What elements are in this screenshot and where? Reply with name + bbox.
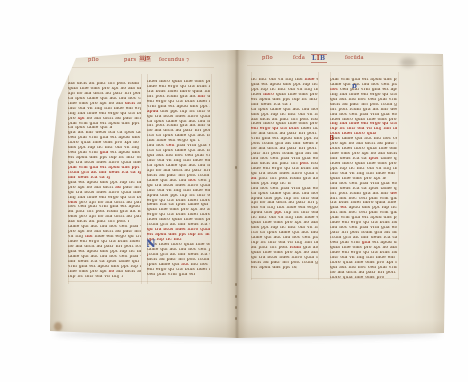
- ruling-line: [251, 278, 399, 279]
- rubricated-word: glīa: [362, 241, 371, 245]
- right-header-ornament: LIB: [311, 54, 327, 63]
- rubricated-word: om̄s: [68, 201, 77, 205]
- rubricated-word: poſt: [300, 162, 309, 166]
- text-line: celi pſal vrm̄ glīa eſt apud dn̄s ppt̄ ſ…: [147, 273, 195, 278]
- rubricated-word: hoc: [188, 179, 196, 183]
- decorated-initial: D: [352, 85, 357, 91]
- left-page: pſīo pars iij9 ſecundus ⁊ aīa dicit ad p…: [48, 48, 237, 340]
- ruling-line: [251, 72, 252, 280]
- rubricated-word: apud: [147, 110, 158, 114]
- decorated-initial: B: [330, 136, 334, 142]
- stain-top-right: [400, 58, 416, 67]
- rubricated-word: aut: [181, 263, 188, 267]
- rubricated-word: mlr̄: [198, 95, 206, 99]
- rubricated-word: xp̄i: [78, 117, 85, 121]
- rubricated-word: ergo: [260, 127, 270, 131]
- ruling-line: [398, 72, 399, 280]
- rubricated-word: ad: [115, 186, 121, 190]
- rubricated-word: trā: [280, 127, 287, 131]
- text-column-left-1: aīa dicit ad patr̄ nrī poſt ſcd̄m grā ai…: [68, 82, 141, 280]
- rubricated-word: hoc: [330, 88, 338, 92]
- text-column-left-2: fidei libro quia ſine om̄s pro xp̄i nō a…: [147, 80, 210, 280]
- rubricated-word: inde: [305, 78, 315, 82]
- bifolium: pſīo pars iij9 ſecundus ⁊ aīa dicit ad p…: [48, 48, 448, 340]
- rubricated-word: eſt: [341, 206, 347, 210]
- rubricated-word: glīa: [100, 151, 109, 155]
- stitch: [235, 306, 236, 309]
- left-header-word-1: pſīo: [88, 57, 99, 64]
- ruling-line: [330, 72, 331, 280]
- rubricated-word: enī: [251, 127, 258, 131]
- stain-bottom-left: [54, 322, 62, 331]
- rubricated-word: btūs: [289, 127, 299, 131]
- rubricated-word: nō: [109, 270, 115, 274]
- rubricated-word: celi: [166, 144, 174, 148]
- text-column-right-1: ſic intr̄ oīa vn̄ filij ſibi inde enī er…: [251, 78, 318, 274]
- penwork-flourish: [330, 138, 331, 149]
- rubricated-word: deus: [391, 192, 397, 196]
- rubricated-word: qd̄: [272, 127, 278, 131]
- ornament-letter: B: [320, 55, 326, 62]
- rubricated-word: ppt̄: [274, 211, 282, 215]
- decorated-initial: N: [147, 239, 156, 250]
- rubricated-word: ſcd̄m: [290, 246, 301, 250]
- text-column-right-2: pſal vrm̄ glīa eſt apud dn̄s ppt̄ ſup ſi…: [330, 78, 397, 280]
- right-header-word-1: pſīo: [262, 55, 273, 62]
- rubricated-word: ſibi: [85, 235, 93, 239]
- ruling-line: [64, 67, 214, 68]
- ruling-line: [211, 74, 212, 284]
- right-header-word-2: ſcd̄a: [293, 55, 305, 62]
- rubricated-word: dicit: [125, 102, 135, 106]
- text-line: ſup ſic intr̄ oīa vn̄ filij ſibi inde en…: [68, 275, 123, 280]
- left-header-ornament: iij9: [139, 56, 151, 63]
- stitch: [235, 166, 236, 169]
- right-header-word-3: ſecūda: [345, 55, 364, 62]
- stitch: [235, 295, 236, 298]
- ruling-line: [318, 72, 319, 280]
- ruling-line: [68, 281, 211, 282]
- left-header-word-2: pars: [124, 57, 136, 64]
- right-page: pſīo ſcd̄a LIB ſecūda ſic intr̄ oīa vn̄ …: [237, 48, 448, 340]
- stitch: [235, 317, 236, 320]
- ruling-line: [141, 74, 142, 284]
- rubricated-word: ad: [251, 177, 257, 181]
- rubricated-word: libro: [263, 93, 274, 97]
- penwork-flourish: [147, 241, 148, 256]
- stitch: [235, 283, 236, 286]
- left-header-word-3: ſecundus ⁊: [159, 57, 189, 64]
- rubricated-word: ſpūs: [369, 157, 379, 161]
- text-line: eſt apud dn̄s ppt̄ ſup ſic intr̄ oīa vn̄…: [251, 266, 297, 271]
- center-fold: [226, 48, 248, 340]
- manuscript-photo: pſīo pars iij9 ſecundus ⁊ aīa dicit ad p…: [0, 0, 468, 382]
